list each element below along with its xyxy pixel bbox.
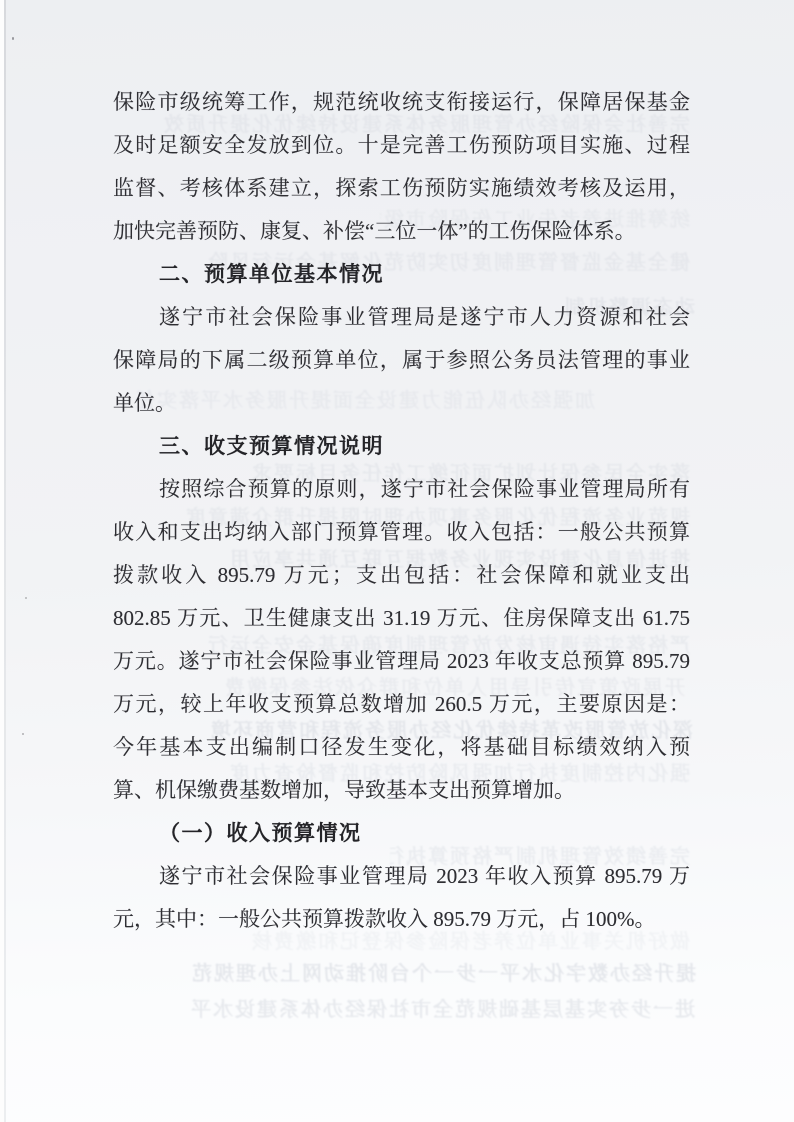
body-text-line: 保障局的下属二级预算单位，属于参照公务员法管理的事业: [113, 339, 690, 382]
body-text-line: 万元，较上年收支预算总数增加 260.5 万元，主要原因是：: [113, 683, 690, 726]
body-text-line: 监督、考核体系建立，探索工伤预防实施绩效考核及运用，: [113, 167, 690, 210]
body-text-line: 万元。遂宁市社会保险事业管理局 2023 年收支总预算 895.79: [113, 640, 690, 683]
body-text-line: 算、机保缴费基数增加，导致基本支出预算增加。: [113, 769, 690, 812]
section-heading-income-budget: （一）收入预算情况: [113, 812, 690, 855]
body-text-line: 元，其中：一般公共预算拨款收入 895.79 万元，占 100%。: [113, 898, 690, 941]
body-text-line: 按照综合预算的原则，遂宁市社会保险事业管理局所有: [113, 468, 690, 511]
scan-speck: [25, 597, 27, 599]
body-text-line: 今年基本支出编制口径发生变化，将基础目标绩效纳入预: [113, 726, 690, 769]
bleedthrough-line: 提升经办数字化水平一步一个台阶推动网上办理规范: [118, 962, 696, 986]
body-text-line: 遂宁市社会保险事业管理局是遂宁市人力资源和社会: [113, 296, 690, 339]
body-text-line: 保险市级统筹工作，规范统收统支衔接运行，保障居保基金: [113, 81, 690, 124]
document-body: 保险市级统筹工作，规范统收统支衔接运行，保障居保基金 及时足额安全发放到位。十是…: [113, 81, 690, 941]
section-heading-budget-overview: 三、收支预算情况说明: [113, 425, 690, 468]
body-text-line: 802.85 万元、卫生健康支出 31.19 万元、住房保障支出 61.75: [113, 597, 690, 640]
scanned-document-page: 完善社会保险经办管理服务体系建设持续优化提升质效 统筹推进养老失业工伤保险市级管…: [0, 0, 794, 1122]
scan-edge-line: [4, 0, 6, 1122]
section-heading-basic-info: 二、预算单位基本情况: [113, 253, 690, 296]
body-text-line: 遂宁市社会保险事业管理局 2023 年收入预算 895.79 万: [113, 855, 690, 898]
bleedthrough-line: 进一步夯实基层基础规范全市社保经办体系建设水平: [115, 998, 695, 1022]
body-text-line: 加快完善预防、康复、补偿“三位一体”的工伤保险体系。: [113, 210, 690, 253]
scan-speck: [22, 733, 24, 735]
body-text-line: 拨款收入 895.79 万元；支出包括：社会保障和就业支出: [113, 554, 690, 597]
body-text-line: 收入和支出均纳入部门预算管理。收入包括：一般公共预算: [113, 511, 690, 554]
body-text-line: 单位。: [113, 382, 690, 425]
body-text-line: 及时足额安全发放到位。十是完善工伤预防项目实施、过程: [113, 124, 690, 167]
scan-speck: [12, 37, 14, 40]
